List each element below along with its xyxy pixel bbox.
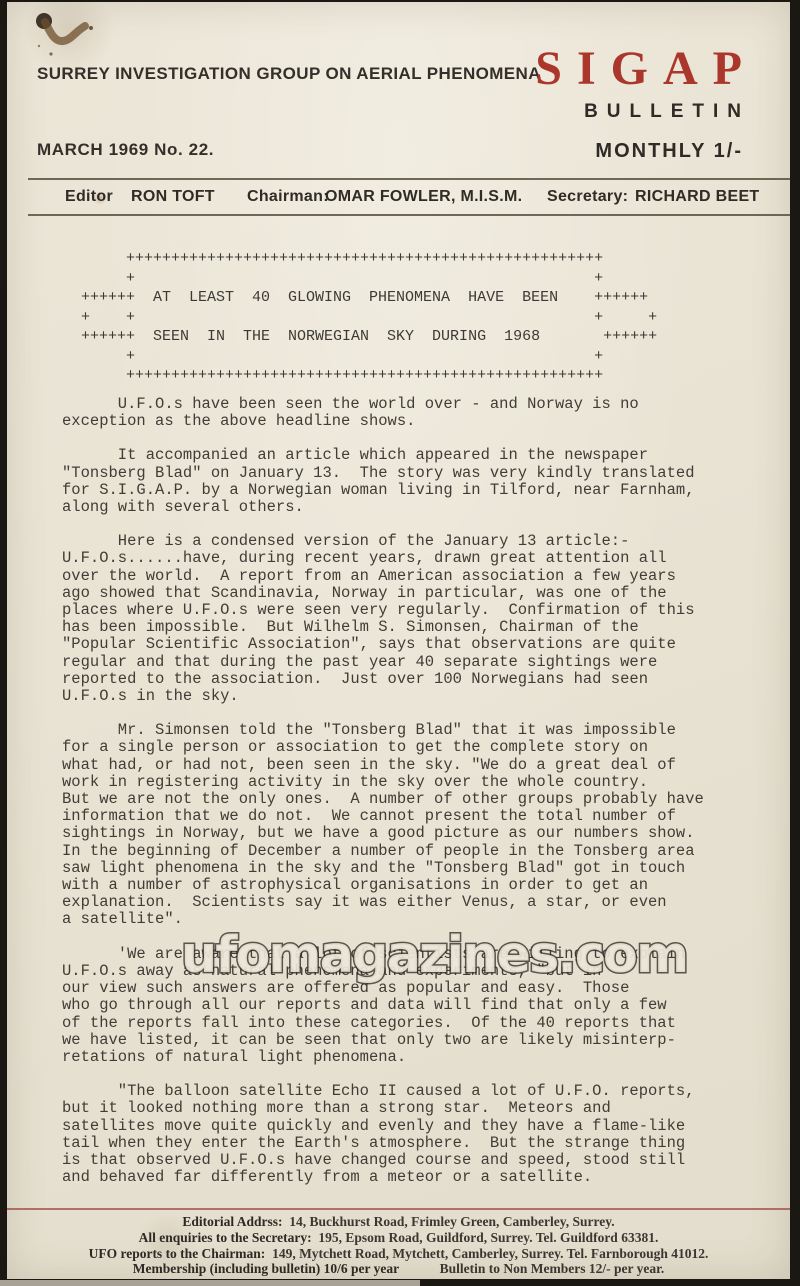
ink-scribble-mark (27, 8, 117, 68)
paragraph-6: "The balloon satellite Echo II caused a … (62, 1083, 704, 1186)
bulletin-subtitle: BULLETIN (584, 101, 750, 123)
footer-label: All enquiries to the Secretary: (139, 1230, 319, 1245)
footer-membership-rate: Membership (including bulletin) 10/6 per… (133, 1261, 440, 1276)
header-rule-top (28, 178, 790, 180)
footer-label: Editorial Addrss: (182, 1214, 289, 1229)
footer-chairman-address: UFO reports to the Chairman:149, Mytchet… (7, 1246, 790, 1262)
bulletin-price: MONTHLY 1/- (595, 140, 743, 163)
footer-label: UFO reports to the Chairman: (89, 1246, 272, 1261)
paper-sheet: SURREY INVESTIGATION GROUP ON AERIAL PHE… (7, 2, 790, 1279)
issue-date-number: MARCH 1969 No. 22. (37, 140, 214, 160)
secretary-name: RICHARD BEET (635, 188, 760, 206)
scanner-bed-edge (0, 1280, 420, 1286)
footer-nonmember-rate: Bulletin to Non Members 12/- per year. (440, 1261, 665, 1276)
masthead: SIGAP BULLETIN MONTHLY 1/- (535, 44, 742, 163)
paragraph-1: U.F.O.s have been seen the world over - … (62, 396, 704, 430)
footer-value: 195, Epsom Road, Guildford, Surrey. Tel.… (318, 1230, 658, 1245)
bulletin-title: SIGAP (535, 44, 757, 94)
paragraph-5: 'We are aware that a lot of scientists a… (62, 946, 704, 1066)
footer-value: 149, Mytchett Road, Mytchett, Camberley,… (272, 1246, 708, 1261)
footer-membership-rates: Membership (including bulletin) 10/6 per… (7, 1261, 790, 1277)
footer-address-block: Editorial Addrss:14, Buckhurst Road, Fri… (7, 1214, 790, 1277)
paragraph-2: It accompanied an article which appeared… (62, 447, 704, 516)
article-body: U.F.O.s have been seen the world over - … (62, 396, 704, 1203)
footer-secretary-address: All enquiries to the Secretary:195, Epso… (7, 1230, 790, 1246)
chairman-label: Chairman: (247, 188, 329, 206)
scanned-bulletin-page: { "masthead": { "org": "SURREY INVESTIGA… (0, 0, 800, 1286)
paragraph-4: Mr. Simonsen told the "Tonsberg Blad" th… (62, 722, 704, 928)
footer-editorial-address: Editorial Addrss:14, Buckhurst Road, Fri… (7, 1214, 790, 1230)
editor-label: Editor (65, 188, 113, 206)
secretary-label: Secretary: (547, 188, 628, 206)
chairman-name: OMAR FOWLER, M.I.S.M. (325, 188, 522, 206)
footer-value: 14, Buckhurst Road, Frimley Green, Cambe… (289, 1214, 614, 1229)
footer-rule-red (7, 1208, 790, 1210)
paragraph-3: Here is a condensed version of the Janua… (62, 533, 704, 705)
organisation-title: SURREY INVESTIGATION GROUP ON AERIAL PHE… (37, 64, 541, 84)
header-rule-bottom (28, 214, 790, 216)
editor-name: RON TOFT (131, 188, 215, 206)
headline-banner: ++++++++++++++++++++++++++++++++++++++++… (81, 249, 657, 386)
